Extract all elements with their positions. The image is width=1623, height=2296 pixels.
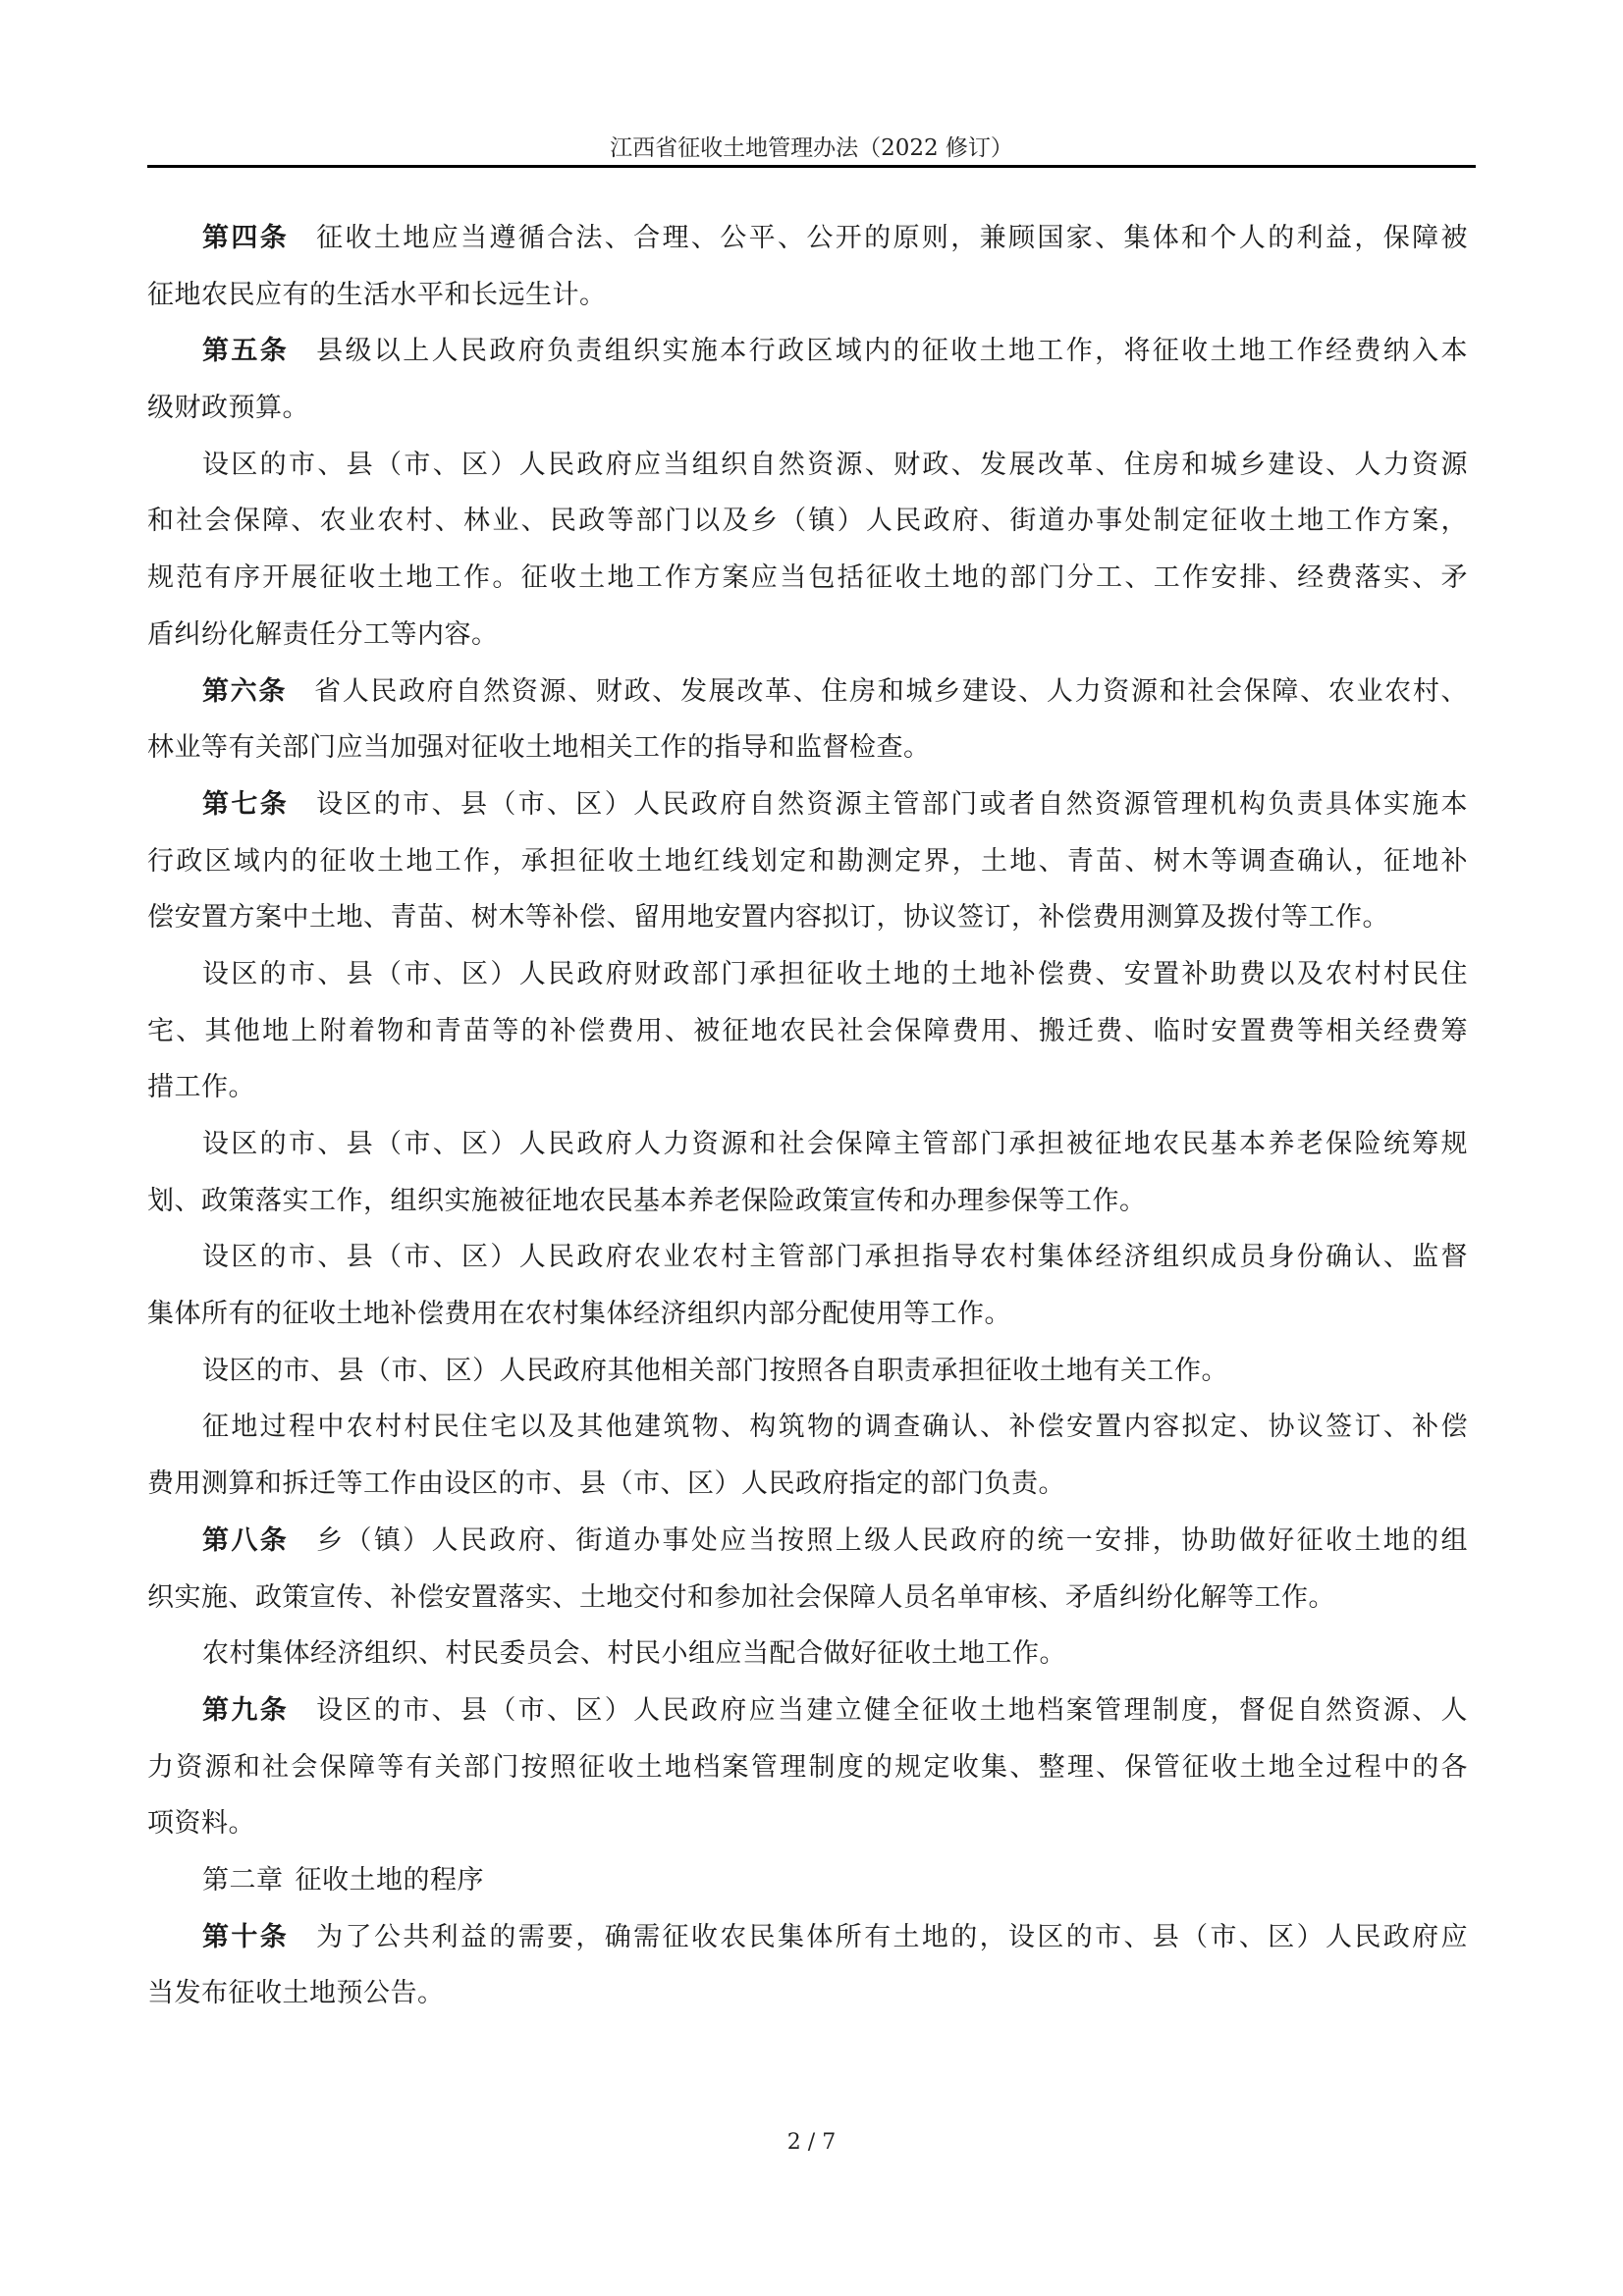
text-line: 级财政预算。	[147, 380, 1468, 437]
text-line: 设区的市、县（市、区）人民政府人力资源和社会保障主管部门承担被征地农民基本养老保…	[147, 1116, 1468, 1173]
article-5-paragraph-2: 设区的市、县（市、区）人民政府应当组织自然资源、财政、发展改革、住房和城乡建设、…	[147, 437, 1468, 664]
article-7: 第七条设区的市、县（市、区）人民政府自然资源主管部门或者自然资源管理机构负责具体…	[147, 776, 1468, 946]
article-6: 第六条省人民政府自然资源、财政、发展改革、住房和城乡建设、人力资源和社会保障、农…	[147, 664, 1468, 776]
text-line: 力资源和社会保障等有关部门按照征收土地档案管理制度的规定收集、整理、保管征收土地…	[147, 1739, 1468, 1796]
text-line: 行政区域内的征收土地工作，承担征收土地红线划定和勘测定界，土地、青苗、树木等调查…	[147, 833, 1468, 890]
text-line: 第四条征收土地应当遵循合法、合理、公平、公开的原则，兼顾国家、集体和个人的利益，…	[147, 210, 1468, 267]
text-line: 设区的市、县（市、区）人民政府应当组织自然资源、财政、发展改革、住房和城乡建设、…	[147, 437, 1468, 494]
line-text: 乡（镇）人民政府、街道办事处应当按照上级人民政府的统一安排，协助做好征收土地的组	[316, 1525, 1468, 1556]
line-text: 设区的市、县（市、区）人民政府应当建立健全征收土地档案管理制度，督促自然资源、人	[316, 1695, 1468, 1726]
text-line: 项资料。	[147, 1795, 1468, 1852]
text-line: 规范有序开展征收土地工作。征收土地工作方案应当包括征收土地的部门分工、工作安排、…	[147, 550, 1468, 607]
text-line: 第七条设区的市、县（市、区）人民政府自然资源主管部门或者自然资源管理机构负责具体…	[147, 776, 1468, 833]
running-header-title: 江西省征收土地管理办法（2022 修订）	[147, 133, 1476, 163]
article-label: 第九条	[202, 1695, 289, 1726]
text-line: 划、政策落实工作，组织实施被征地农民基本养老保险政策宣传和办理参保等工作。	[147, 1173, 1468, 1230]
text-line: 第六条省人民政府自然资源、财政、发展改革、住房和城乡建设、人力资源和社会保障、农…	[147, 664, 1468, 721]
text-line: 第十条为了公共利益的需要，确需征收农民集体所有土地的，设区的市、县（市、区）人民…	[147, 1909, 1468, 1966]
text-line: 偿安置方案中土地、青苗、树木等补偿、留用地安置内容拟订，协议签订，补偿费用测算及…	[147, 889, 1468, 946]
text-line: 当发布征收土地预公告。	[147, 1965, 1468, 2022]
text-line: 织实施、政策宣传、补偿安置落实、土地交付和参加社会保障人员名单审核、矛盾纠纷化解…	[147, 1570, 1468, 1627]
article-5: 第五条县级以上人民政府负责组织实施本行政区域内的征收土地工作，将征收土地工作经费…	[147, 323, 1468, 436]
document-body: 第四条征收土地应当遵循合法、合理、公平、公开的原则，兼顾国家、集体和个人的利益，…	[147, 210, 1468, 2022]
text-line: 和社会保障、农业农村、林业、民政等部门以及乡（镇）人民政府、街道办事处制定征收土…	[147, 493, 1468, 550]
article-label: 第六条	[202, 676, 287, 707]
page-number: 2 / 7	[0, 2130, 1623, 2155]
text-line: 第二章征收土地的程序	[147, 1852, 1468, 1909]
article-4: 第四条征收土地应当遵循合法、合理、公平、公开的原则，兼顾国家、集体和个人的利益，…	[147, 210, 1468, 323]
line-text: 省人民政府自然资源、财政、发展改革、住房和城乡建设、人力资源和社会保障、农业农村…	[314, 676, 1468, 707]
article-8: 第八条乡（镇）人民政府、街道办事处应当按照上级人民政府的统一安排，协助做好征收土…	[147, 1513, 1468, 1626]
text-line: 措工作。	[147, 1059, 1468, 1116]
text-line: 第八条乡（镇）人民政府、街道办事处应当按照上级人民政府的统一安排，协助做好征收土…	[147, 1513, 1468, 1570]
line-text: 设区的市、县（市、区）人民政府自然资源主管部门或者自然资源管理机构负责具体实施本	[316, 789, 1468, 820]
article-8-paragraph-2: 农村集体经济组织、村民委员会、村民小组应当配合做好征收土地工作。	[147, 1626, 1468, 1682]
line-text: 为了公共利益的需要，确需征收农民集体所有土地的，设区的市、县（市、区）人民政府应	[316, 1922, 1468, 1952]
article-7-paragraph-6: 征地过程中农村村民住宅以及其他建筑物、构筑物的调查确认、补偿安置内容拟定、协议签…	[147, 1399, 1468, 1512]
text-line: 林业等有关部门应当加强对征收土地相关工作的指导和监督检查。	[147, 720, 1468, 776]
article-9: 第九条设区的市、县（市、区）人民政府应当建立健全征收土地档案管理制度，督促自然资…	[147, 1682, 1468, 1852]
text-line: 费用测算和拆迁等工作由设区的市、县（市、区）人民政府指定的部门负责。	[147, 1456, 1468, 1513]
article-7-paragraph-2: 设区的市、县（市、区）人民政府财政部门承担征收土地的土地补偿费、安置补助费以及农…	[147, 946, 1468, 1116]
line-text: 征收土地应当遵循合法、合理、公平、公开的原则，兼顾国家、集体和个人的利益，保障被	[316, 223, 1468, 253]
line-text: 县级以上人民政府负责组织实施本行政区域内的征收土地工作，将征收土地工作经费纳入本	[316, 336, 1468, 366]
text-line: 征地农民应有的生活水平和长远生计。	[147, 267, 1468, 324]
article-label: 第八条	[202, 1525, 289, 1556]
text-line: 第九条设区的市、县（市、区）人民政府应当建立健全征收土地档案管理制度，督促自然资…	[147, 1682, 1468, 1739]
chapter-title: 征收土地的程序	[296, 1865, 485, 1896]
chapter-label: 第二章	[202, 1865, 284, 1896]
article-label: 第十条	[202, 1922, 289, 1952]
article-10: 第十条为了公共利益的需要，确需征收农民集体所有土地的，设区的市、县（市、区）人民…	[147, 1909, 1468, 2022]
article-7-paragraph-4: 设区的市、县（市、区）人民政府农业农村主管部门承担指导农村集体经济组织成员身份确…	[147, 1229, 1468, 1342]
text-line: 征地过程中农村村民住宅以及其他建筑物、构筑物的调查确认、补偿安置内容拟定、协议签…	[147, 1399, 1468, 1456]
text-line: 宅、其他地上附着物和青苗等的补偿费用、被征地农民社会保障费用、搬迁费、临时安置费…	[147, 1003, 1468, 1060]
text-line: 盾纠纷化解责任分工等内容。	[147, 607, 1468, 664]
text-line: 集体所有的征收土地补偿费用在农村集体经济组织内部分配使用等工作。	[147, 1286, 1468, 1343]
article-label: 第七条	[202, 789, 289, 820]
header-rule	[147, 165, 1476, 168]
text-line: 农村集体经济组织、村民委员会、村民小组应当配合做好征收土地工作。	[147, 1626, 1468, 1682]
chapter-heading: 第二章征收土地的程序	[147, 1852, 1468, 1909]
article-7-paragraph-5: 设区的市、县（市、区）人民政府其他相关部门按照各自职责承担征收土地有关工作。	[147, 1343, 1468, 1400]
article-label: 第五条	[202, 336, 289, 366]
text-line: 设区的市、县（市、区）人民政府农业农村主管部门承担指导农村集体经济组织成员身份确…	[147, 1229, 1468, 1286]
text-line: 第五条县级以上人民政府负责组织实施本行政区域内的征收土地工作，将征收土地工作经费…	[147, 323, 1468, 380]
article-label: 第四条	[202, 223, 289, 253]
text-line: 设区的市、县（市、区）人民政府财政部门承担征收土地的土地补偿费、安置补助费以及农…	[147, 946, 1468, 1003]
text-line: 设区的市、县（市、区）人民政府其他相关部门按照各自职责承担征收土地有关工作。	[147, 1343, 1468, 1400]
article-7-paragraph-3: 设区的市、县（市、区）人民政府人力资源和社会保障主管部门承担被征地农民基本养老保…	[147, 1116, 1468, 1229]
